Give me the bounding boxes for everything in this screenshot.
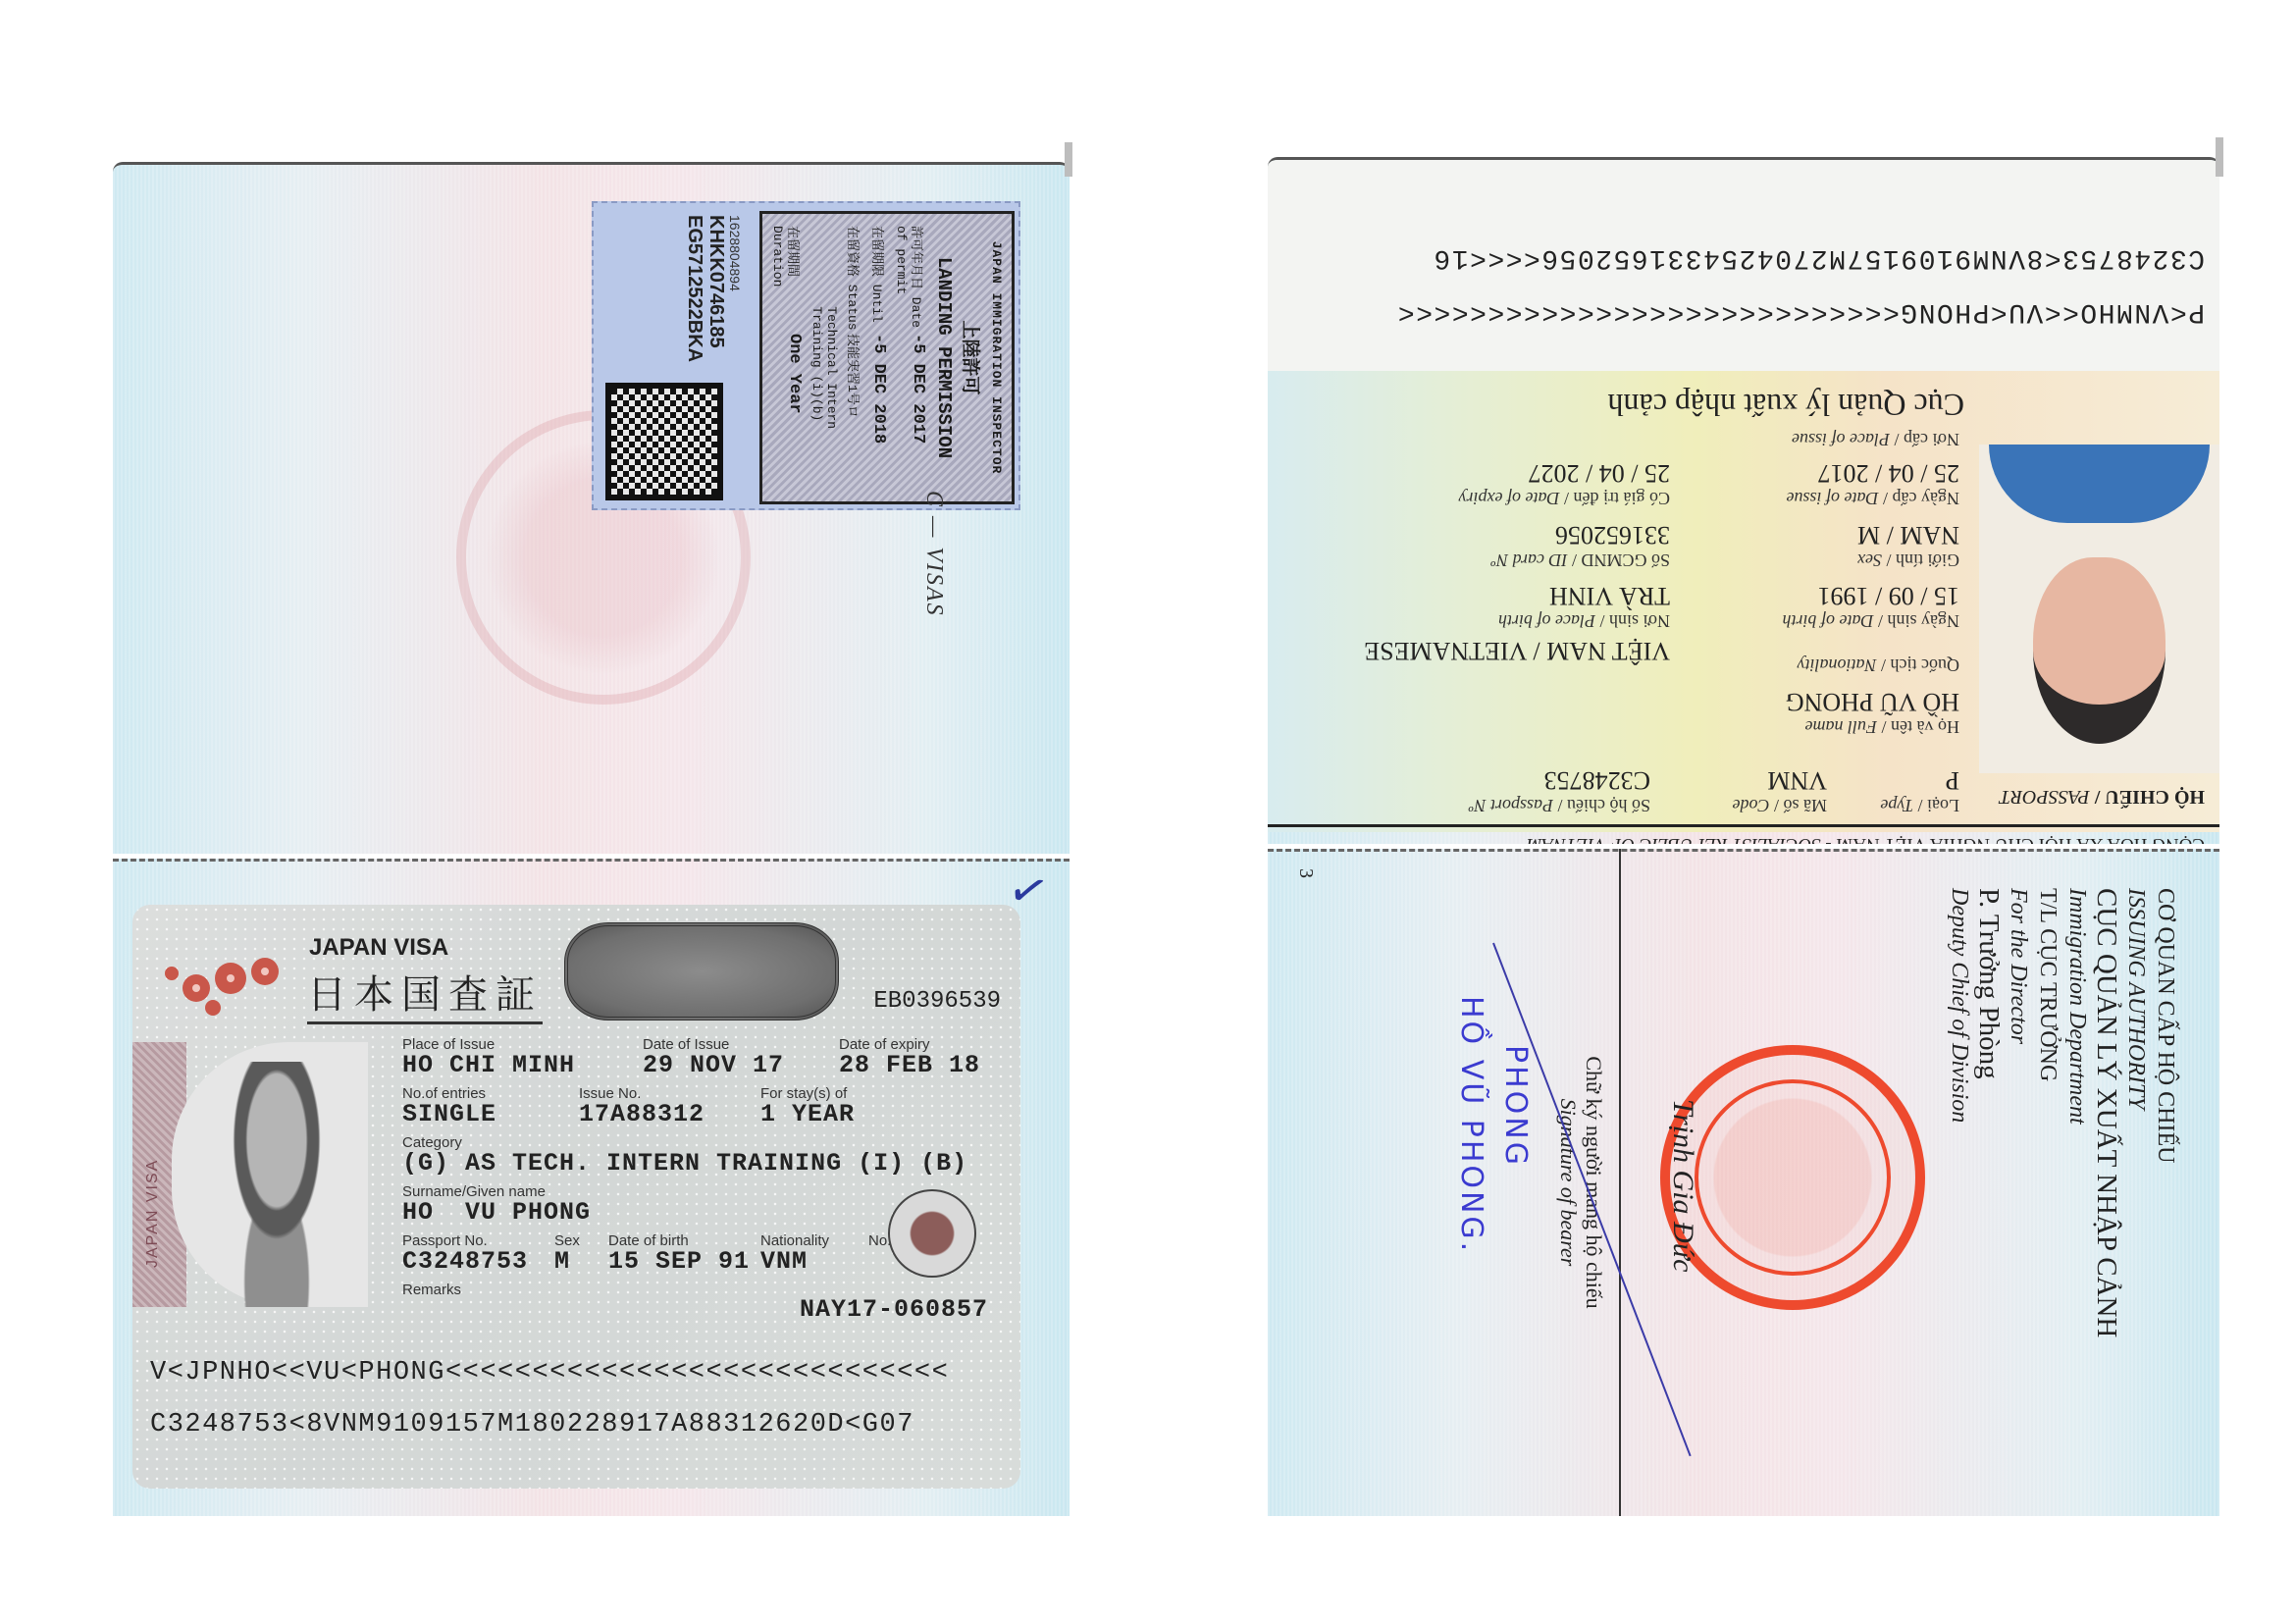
nationality-value: VIỆT NAM / VIETNAMESE (1364, 636, 1670, 665)
label: Ngày cấp / (1879, 489, 1959, 508)
authority-line: Immigration Department (2062, 888, 2092, 1477)
value: 331652056 (1491, 520, 1670, 550)
stamp-code-1: KHKK0746185 (705, 215, 727, 362)
republic-rule (1268, 824, 2219, 827)
value: VIỆT NAM / VIETNAMESE (1364, 636, 1670, 665)
official-red-seal-icon (1660, 1045, 1925, 1310)
side-strip-label: JAPAN VISA (144, 1159, 162, 1268)
republic-title: CỘNG HÒA XÃ HỘI CHỦ NGHĨA VIỆT NAM - SOC… (1527, 833, 2205, 844)
hologram-seal (564, 922, 839, 1021)
label-en: Type (1880, 796, 1913, 815)
field-date-of-issue: Date of Issue 29 NOV 17 (643, 1037, 784, 1078)
label-en: Date of issue (1787, 489, 1879, 508)
field-date-of-issue: Ngày cấp / Date of issue25 / 04 / 2017 (1787, 458, 1959, 508)
field-dob: Date of birth 15 SEP 91 (608, 1233, 750, 1275)
field-sex: Giới tính / SexNAM / M (1857, 520, 1959, 570)
stamp-code-2: EG5712522BKA (684, 215, 705, 362)
page-edge-shadow (1065, 142, 1072, 177)
bearer-signature: PHONG (1498, 1045, 1533, 1168)
permit-date-label: 許可年月日 Date of permit (894, 226, 927, 334)
passport-signature-page: 3 CƠ QUAN CẤP HỘ CHIẾUISSUING AUTHORITYC… (1268, 849, 2219, 1516)
label: Nơi cấp / (1890, 430, 1959, 449)
field-place-of-birth: Nơi sinh / Place of birthTRÀ VINH (1498, 581, 1670, 631)
doc-title-vn: HỘ CHIẾU / (2090, 786, 2205, 808)
label: Số GCMND / (1567, 550, 1670, 570)
bearer-signature-block: Chữ ký người mang hộ chiếu Signature of … (1555, 1035, 1606, 1330)
field-passport-number: Số hộ chiếu / Passport NºC3248753 (1469, 765, 1650, 815)
cherry-blossom-icon (152, 934, 299, 1022)
visa-number: EB0396539 (873, 988, 1001, 1015)
visa-reference: NAY17-060857 (800, 1297, 988, 1323)
value: M (554, 1249, 580, 1275)
label-en: Full name (1805, 717, 1878, 737)
value: NAM / M (1857, 520, 1959, 550)
label: Mã số / (1770, 796, 1828, 815)
value: 25 / 04 / 2017 (1787, 458, 1959, 488)
field-passport-no: Passport No. C3248753 (402, 1233, 528, 1275)
signer-name: Trịnh Gia Đức (1666, 1099, 1699, 1272)
value: HỒ VŨ PHONG (1786, 687, 1959, 716)
label: Nơi sinh / (1595, 611, 1670, 631)
stamp-identifiers: 1628804894 KHKK0746185 EG5712522BKA (684, 215, 743, 362)
visa-title-jp: 日本国査証 (307, 964, 543, 1024)
authority-line: Deputy Chief of Division (1945, 888, 1974, 1477)
holder-photo (203, 1062, 350, 1307)
doc-title-en: PASSPORT (2000, 786, 2090, 808)
field-dob: Ngày sinh / Date of birth15 / 09 / 1991 (1783, 581, 1960, 631)
field-category: Category (G) AS TECH. INTERN TRAINING (I… (402, 1135, 967, 1177)
field-nationality: Quốc tịch / Nationality (1798, 654, 1959, 675)
field-stay: For stay(s) of 1 YEAR (760, 1086, 855, 1127)
value: 15 / 09 / 1991 (1783, 581, 1960, 610)
value: 1 YEAR (760, 1102, 855, 1127)
photo-head (2033, 557, 2166, 744)
reference-value: NAY17-060857 (800, 1297, 988, 1323)
value: VNM (760, 1249, 829, 1275)
signature-divider (1619, 849, 1621, 1516)
passport-bio-page: CỘNG HÒA XÃ HỘI CHỦ NGHĨA VIỆT NAM - SOC… (1268, 157, 2219, 844)
authority-line: CƠ QUAN CẤP HỘ CHIẾU (2151, 888, 2180, 1477)
stamp-heading-jp: 上陸許可 (959, 226, 985, 490)
status-jp: 技能実習1号ロ (845, 334, 863, 418)
value: TRÀ VINH (1498, 581, 1670, 610)
label-en: Place of issue (1792, 430, 1890, 449)
label: Họ và tên / (1877, 717, 1959, 737)
label-en: Sex (1857, 550, 1882, 570)
republic-vn: CỘNG HÒA XÃ HỘI CHỦ NGHĨA VIỆT NAM - (1821, 834, 2205, 844)
label-en: ID card Nº (1491, 550, 1568, 570)
value: HO VU PHONG (402, 1200, 591, 1226)
field-full-name: Họ và tên / Full nameHỒ VŨ PHONG (1786, 687, 1959, 737)
label: Có giá trị đến / (1560, 489, 1670, 508)
label: Giới tính / (1882, 550, 1959, 570)
passport-mrz-line-2: C3248753<8VNM9109157M2704254331652056<<<… (1433, 242, 2205, 273)
duration-value: One Year (770, 334, 804, 414)
value: (G) AS TECH. INTERN TRAINING (I) (B) (402, 1151, 967, 1177)
landing-permission-box: JAPAN IMMIGRATION INSPECTOR 上陸許可 LANDING… (759, 211, 1015, 504)
label: Số hộ chiếu / (1553, 796, 1650, 815)
permit-date: -5 DEC 2017 (894, 334, 927, 444)
field-id-card: Số GCMND / ID card Nº331652056 (1491, 520, 1670, 570)
label-en: Passport Nº (1469, 796, 1553, 815)
stamp-heading: LANDING PERMISSION (933, 226, 955, 490)
status-label: 在留資格 Status (845, 226, 863, 334)
duration-label: 在留期間 Duration (770, 226, 804, 334)
photo-shirt (1989, 445, 2210, 523)
section-label-visas: C — VISAS (920, 491, 947, 617)
republic-en: SOCIALIST REPUBLIC OF VIETNAM (1527, 834, 1821, 844)
bearer-photo (1979, 445, 2219, 773)
authority-line: ISSUING AUTHORITY (2121, 888, 2151, 1477)
authority-line: For the Director (2004, 888, 2033, 1477)
field-issue-no: Issue No. 17A88312 (579, 1086, 704, 1127)
field-date-of-expiry: Date of expiry 28 FEB 18 (839, 1037, 980, 1078)
doc-title: HỘ CHIẾU / PASSPORT (2000, 785, 2205, 808)
stamp-serial: 1628804894 (727, 215, 743, 362)
field-sex: Sex M (554, 1233, 580, 1275)
place-of-issue-value: Cục Quản lý xuất nhập cảnh (1608, 387, 1964, 423)
value: C3248753 (402, 1249, 528, 1275)
value: 15 SEP 91 (608, 1249, 750, 1275)
field-code: Mã số / CodeVNM (1733, 765, 1828, 815)
label-en: Code (1733, 796, 1770, 815)
field-date-of-expiry: Có giá trị đến / Date of expiry25 / 04 /… (1459, 458, 1670, 508)
stamp-title: JAPAN IMMIGRATION INSPECTOR (989, 226, 1004, 490)
japan-visa-sticker: JAPAN VISA 日本国査証 EB0396539 JAPAN VISA Pl… (132, 905, 1020, 1489)
ministry-seal-icon (888, 1189, 976, 1278)
landing-permission-stamp: JAPAN IMMIGRATION INSPECTOR 上陸許可 LANDING… (592, 201, 1020, 510)
until-date: -5 DEC 2018 (869, 334, 888, 444)
field-place-of-issue: Nơi cấp / Place of issue (1792, 429, 1959, 449)
value: P (1880, 765, 1959, 795)
authority-line: CỤC QUẢN LÝ XUẤT NHẬP CẢNH (2092, 888, 2121, 1477)
field-type: Loại / TypeP (1880, 765, 1959, 815)
authority-line: P. Trưởng Phòng (1974, 888, 2004, 1477)
field-name: Surname/Given name HO VU PHONG (402, 1184, 591, 1226)
status-value: Technical Intern Training (i)(b) (809, 306, 839, 490)
value: SINGLE (402, 1102, 496, 1127)
page-number: 3 (1294, 868, 1317, 878)
field-place-of-issue: Place of Issue HO CHI MINH (402, 1037, 575, 1078)
visa-mrz-line-2: C3248753<8VNM9109157M180228917A88312620D… (150, 1410, 914, 1440)
value: VNM (1733, 765, 1828, 795)
bearer-label-en: Signature of bearer (1555, 1035, 1581, 1330)
value: C3248753 (1469, 765, 1650, 795)
passport-mrz-line-1: P<VNMHO<<VU<PHONG<<<<<<<<<<<<<<<<<<<<<<<… (1396, 296, 2205, 327)
authority-line: T/L CỤC TRƯỞNG (2033, 888, 2062, 1477)
label: Quốc tịch / (1877, 655, 1959, 675)
label: Loại / (1913, 796, 1959, 815)
page-edge-shadow (2216, 137, 2223, 177)
stitch-fold (113, 859, 1070, 862)
label-en: Date of expiry (1459, 489, 1560, 508)
value: 17A88312 (579, 1102, 704, 1127)
value: HO CHI MINH (402, 1053, 575, 1078)
issuing-authority-block: CƠ QUAN CẤP HỘ CHIẾUISSUING AUTHORITYCỤC… (1945, 888, 2180, 1477)
until-label: 在留期限 Until (869, 226, 888, 334)
label-en: Place of birth (1498, 611, 1595, 631)
label-en: Date of birth (1783, 611, 1874, 631)
label: Ngày sinh / (1874, 611, 1960, 631)
field-entries: No.of entries SINGLE (402, 1086, 496, 1127)
label-en: Nationality (1798, 655, 1877, 675)
visa-mrz-line-1: V<JPNHO<<VU<PHONG<<<<<<<<<<<<<<<<<<<<<<<… (150, 1358, 949, 1387)
field-nationality: Nationality VNM (760, 1233, 829, 1275)
value: 29 NOV 17 (643, 1053, 784, 1078)
qr-code-icon (605, 383, 723, 500)
visa-title: JAPAN VISA (309, 934, 448, 962)
label: Remarks (402, 1283, 461, 1298)
value: 25 / 04 / 2027 (1459, 458, 1670, 488)
visa-page-lower: JAPAN VISA 日本国査証 EB0396539 JAPAN VISA Pl… (113, 859, 1070, 1516)
bearer-handwritten-name: HỒ VŨ PHONG. (1454, 996, 1488, 1254)
field-remarks: Remarks (402, 1283, 461, 1298)
value: 28 FEB 18 (839, 1053, 980, 1078)
